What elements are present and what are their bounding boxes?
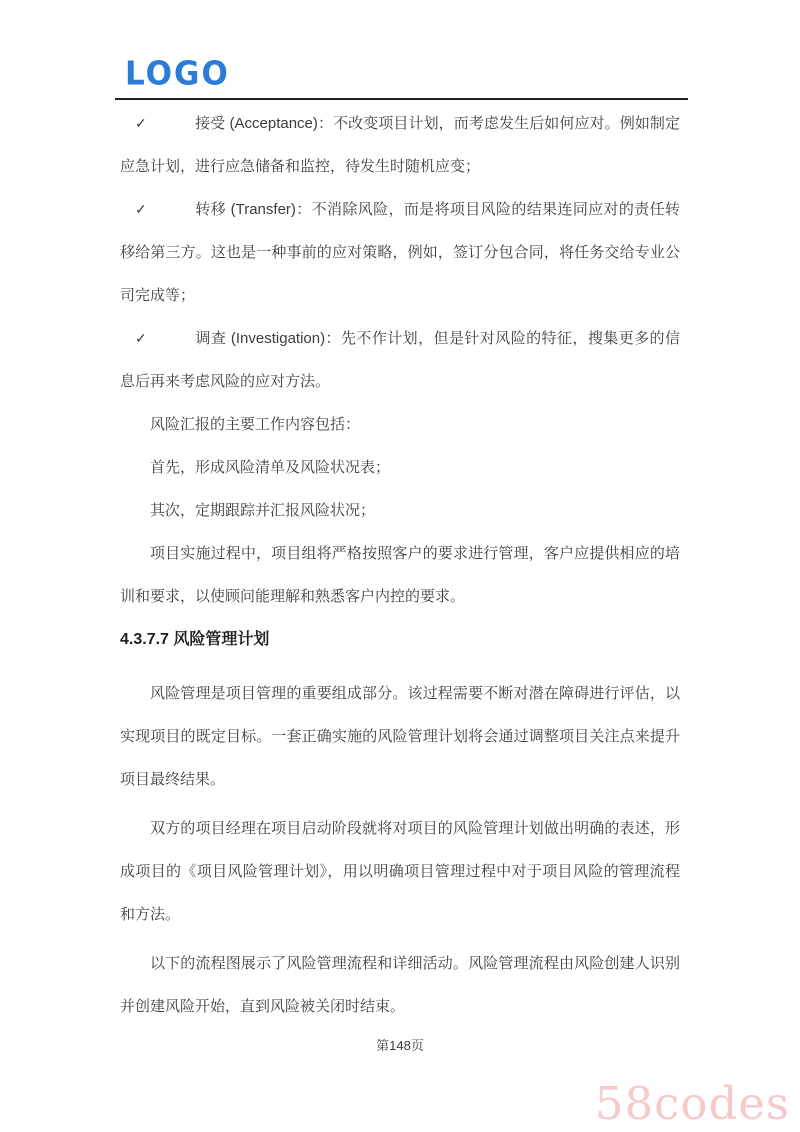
page-number: 第148页	[0, 1035, 800, 1054]
body-paragraph: 风险汇报的主要工作内容包括：	[120, 403, 680, 446]
company-logo: LOGO	[125, 56, 230, 92]
bullet-text: 转移 (Transfer)：不消除风险，而是将项目风险的结果连同应对的责任转移给…	[120, 201, 680, 304]
body-paragraph: 双方的项目经理在项目启动阶段就将对项目的风险管理计划做出明确的表述，形成项目的《…	[120, 807, 680, 936]
checkmark-icon: ✓	[120, 102, 195, 145]
bullet-item: ✓接受 (Acceptance)：不改变项目计划，而考虑发生后如何应对。例如制定…	[120, 102, 680, 188]
document-page: LOGO ✓接受 (Acceptance)：不改变项目计划，而考虑发生后如何应对…	[0, 0, 800, 1132]
section-heading: 4.3.7.7 风险管理计划	[120, 618, 680, 661]
bullet-item: ✓转移 (Transfer)：不消除风险，而是将项目风险的结果连同应对的责任转移…	[120, 188, 680, 317]
bullet-item: ✓调查 (Investigation)：先不作计划，但是针对风险的特征，搜集更多…	[120, 317, 680, 403]
bullet-text: 接受 (Acceptance)：不改变项目计划，而考虑发生后如何应对。例如制定应…	[120, 115, 680, 175]
body-paragraph: 项目实施过程中，项目组将严格按照客户的要求进行管理，客户应提供相应的培训和要求，…	[120, 532, 680, 618]
document-body: ✓接受 (Acceptance)：不改变项目计划，而考虑发生后如何应对。例如制定…	[120, 100, 680, 1028]
checkmark-icon: ✓	[120, 317, 195, 360]
body-paragraph: 风险管理是项目管理的重要组成部分。该过程需要不断对潜在障碍进行评估，以实现项目的…	[120, 672, 680, 801]
body-paragraph: 其次，定期跟踪并汇报风险状况；	[120, 489, 680, 532]
body-paragraph: 首先，形成风险清单及风险状况表；	[120, 446, 680, 489]
checkmark-icon: ✓	[120, 188, 195, 231]
body-paragraph: 以下的流程图展示了风险管理流程和详细活动。风险管理流程由风险创建人识别并创建风险…	[120, 942, 680, 1028]
content-frame: LOGO ✓接受 (Acceptance)：不改变项目计划，而考虑发生后如何应对…	[0, 0, 800, 1028]
bullet-text: 调查 (Investigation)：先不作计划，但是针对风险的特征，搜集更多的…	[120, 330, 680, 390]
watermark: 58codes	[595, 1081, 790, 1126]
page-header: LOGO	[115, 0, 688, 100]
